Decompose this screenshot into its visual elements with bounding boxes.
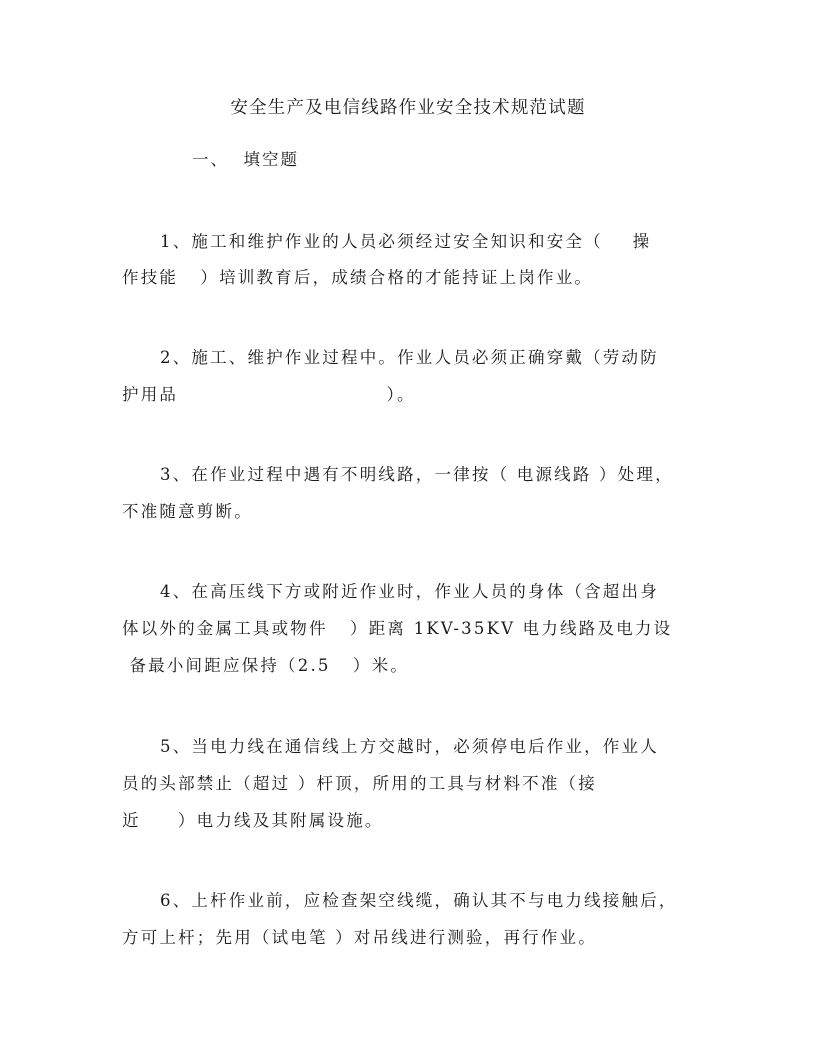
question-3-line-1: 3、在作业过程中遇有不明线路，一律按（ 电源线路 ）处理， [160, 463, 674, 487]
question-4-line-3: 备最小间距应保持（2.5 ）米。 [122, 654, 409, 678]
document-page: 安全生产及电信线路作业安全技术规范试题 一、 填空题 1、施工和维护作业的人员必… [0, 0, 816, 1056]
question-6-line-2: 方可上杆；先用（试电笔 ）对吊线进行测验，再行作业。 [122, 926, 597, 950]
question-4-line-1: 4、在高压线下方或附近作业时，作业人员的身体（含超出身 [160, 580, 659, 604]
question-3-line-2: 不准随意剪断。 [122, 500, 253, 524]
question-5-line-2: 员的头部禁止（超过 ）杆顶，所用的工具与材料不准（接 [122, 772, 597, 796]
document-title: 安全生产及电信线路作业安全技术规范试题 [0, 96, 816, 120]
question-5-line-1: 5、当电力线在通信线上方交越时，必须停电后作业，作业人 [160, 735, 659, 759]
question-2-line-1: 2、施工、维护作业过程中。作业人员必须正确穿戴（劳动防 [160, 346, 659, 370]
question-1-line-1: 1、施工和维护作业的人员必须经过安全知识和安全（ 操 [160, 230, 651, 254]
question-6-line-1: 6、上杆作业前，应检查架空线缆，确认其不与电力线接触后， [160, 889, 678, 913]
section-heading: 一、 填空题 [192, 148, 299, 172]
question-2-line-2: 护用品 ）。 [122, 383, 416, 407]
question-1-line-2: 作技能 ）培训教育后，成绩合格的才能持证上岗作业。 [122, 266, 593, 290]
question-5-line-3: 近 ）电力线及其附属设施。 [122, 809, 384, 833]
question-4-line-2: 体以外的金属工具或物件 ）距离 1KV-35KV 电力线路及电力设 [122, 617, 672, 641]
